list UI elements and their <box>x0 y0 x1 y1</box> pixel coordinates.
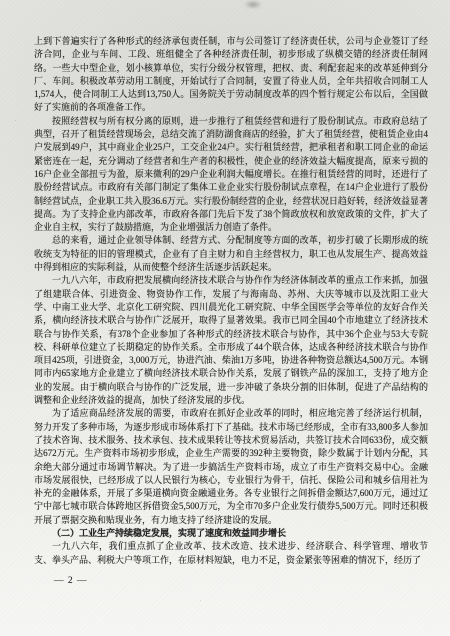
body-paragraph: 一九八六年，市政府把发展横向经济技术联合与协作作为经济体制改革的重点工作来抓，加… <box>34 274 428 407</box>
body-paragraph: 总的来看，通过企业领导体制、经营方式、分配制度等方面的改革，初步打破了长期形成的… <box>34 234 428 274</box>
body-paragraph: 为了适应商品经济发展的需要，市政府在抓好企业改革的同时，相应地完善了经济运行机制… <box>34 407 428 527</box>
section-heading: （二）工业生产持续稳定发展，实现了速度和效益同步增长 <box>34 527 428 540</box>
scan-noise <box>0 0 1 1</box>
body-paragraph: 按照经营权与所有权分离的原则，进一步推行了租赁经营和进行了股份制试点。市政府总结… <box>34 115 428 235</box>
document-body: 上到下普遍实行了各种形式的经济承包责任制，市与公司签订了经济责任状，公司与企业签… <box>34 35 428 567</box>
scanned-page: 上到下普遍实行了各种形式的经济承包责任制，市与公司签订了经济责任状，公司与企业签… <box>0 0 450 636</box>
page-number: — 2 — <box>54 576 88 586</box>
scan-smudge <box>244 0 262 9</box>
body-paragraph-continuation: 上到下普遍实行了各种形式的经济承包责任制，市与公司签订了经济责任状，公司与企业签… <box>34 35 428 115</box>
body-paragraph: 一九八六年，我们重点抓了企业改革、技术改造、技术进步、经济联合、科学管理、增收节… <box>34 540 428 567</box>
